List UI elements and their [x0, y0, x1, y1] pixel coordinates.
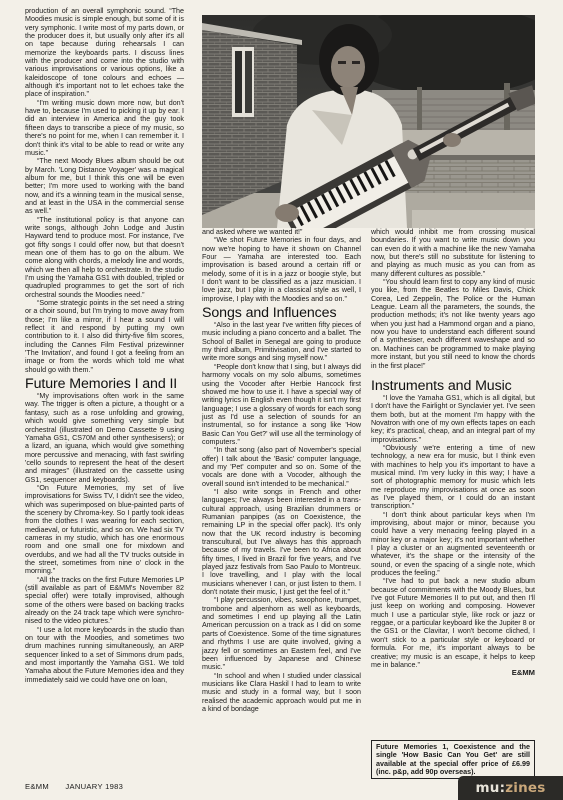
- paragraph: “We shot Future Memories in four days, a…: [202, 236, 361, 303]
- paragraph: “I'm writing music down more now, but do…: [25, 99, 184, 157]
- paragraph: “On Future Memories, my set of live impr…: [25, 484, 184, 576]
- paragraph: “My improvisations often work in the sam…: [25, 392, 184, 484]
- paragraph: “Obviously we're entering a time of new …: [371, 444, 535, 511]
- paragraph: and asked where we wanted it!”: [202, 228, 361, 236]
- paragraph: “The institutional policy is that anyone…: [25, 216, 184, 299]
- magazine-page: production of an overall symphonic sound…: [0, 0, 563, 800]
- article-column-1: production of an overall symphonic sound…: [25, 7, 184, 684]
- paragraph: “You should learn first to copy any kind…: [371, 278, 535, 370]
- paragraph: which would inhibit me from crossing mus…: [371, 228, 535, 278]
- paragraph: “People don't know that I sing, but I al…: [202, 363, 361, 446]
- paragraph: “I love the Yamaha GS1, which is all dig…: [371, 394, 535, 444]
- article-column-2: and asked where we wanted it!” “We shot …: [202, 228, 361, 713]
- keytar-player-photo: [202, 15, 535, 228]
- logo-text-mu: mu:: [476, 780, 506, 796]
- article-photo: [202, 15, 535, 228]
- publication-name: E&MM: [25, 782, 49, 791]
- section-heading-songs-influences: Songs and Influences: [202, 306, 361, 320]
- paragraph: “I play percussion, vibes, saxophone, tr…: [202, 596, 361, 671]
- paragraph: “In school and when I studied under clas…: [202, 672, 361, 714]
- section-heading-instruments-music: Instruments and Music: [371, 379, 535, 393]
- paragraph: “I also write songs in French and other …: [202, 488, 361, 596]
- paragraph: “I've had to put back a new studio album…: [371, 577, 535, 669]
- signoff-line: E&MM: [371, 669, 535, 677]
- paragraph: “Also in the last year I've written fift…: [202, 321, 361, 363]
- paragraph: “The next Moody Blues album should be ou…: [25, 157, 184, 215]
- paragraph: “All the tracks on the first Future Memo…: [25, 576, 184, 626]
- page-footer: E&MM JANUARY 1983: [25, 782, 137, 791]
- paragraph: “I use a lot more keyboards in the studi…: [25, 626, 184, 684]
- section-heading-future-memories: Future Memories I and II: [25, 377, 184, 391]
- muzines-logo-badge[interactable]: mu:zines: [458, 776, 563, 800]
- issue-date: JANUARY 1983: [65, 782, 123, 791]
- special-offer-box: Future Memories 1, Coexistence and the s…: [371, 740, 535, 779]
- paragraph: production of an overall symphonic sound…: [25, 7, 184, 99]
- paragraph: “In that song (also part of November's s…: [202, 446, 361, 488]
- paragraph: “Some strategic points in the set need a…: [25, 299, 184, 374]
- article-column-3: which would inhibit me from crossing mus…: [371, 228, 535, 678]
- signoff-em: E&MM: [512, 669, 535, 677]
- paragraph: “I don't think about particular keys whe…: [371, 511, 535, 578]
- logo-text-zines: zines: [505, 780, 545, 796]
